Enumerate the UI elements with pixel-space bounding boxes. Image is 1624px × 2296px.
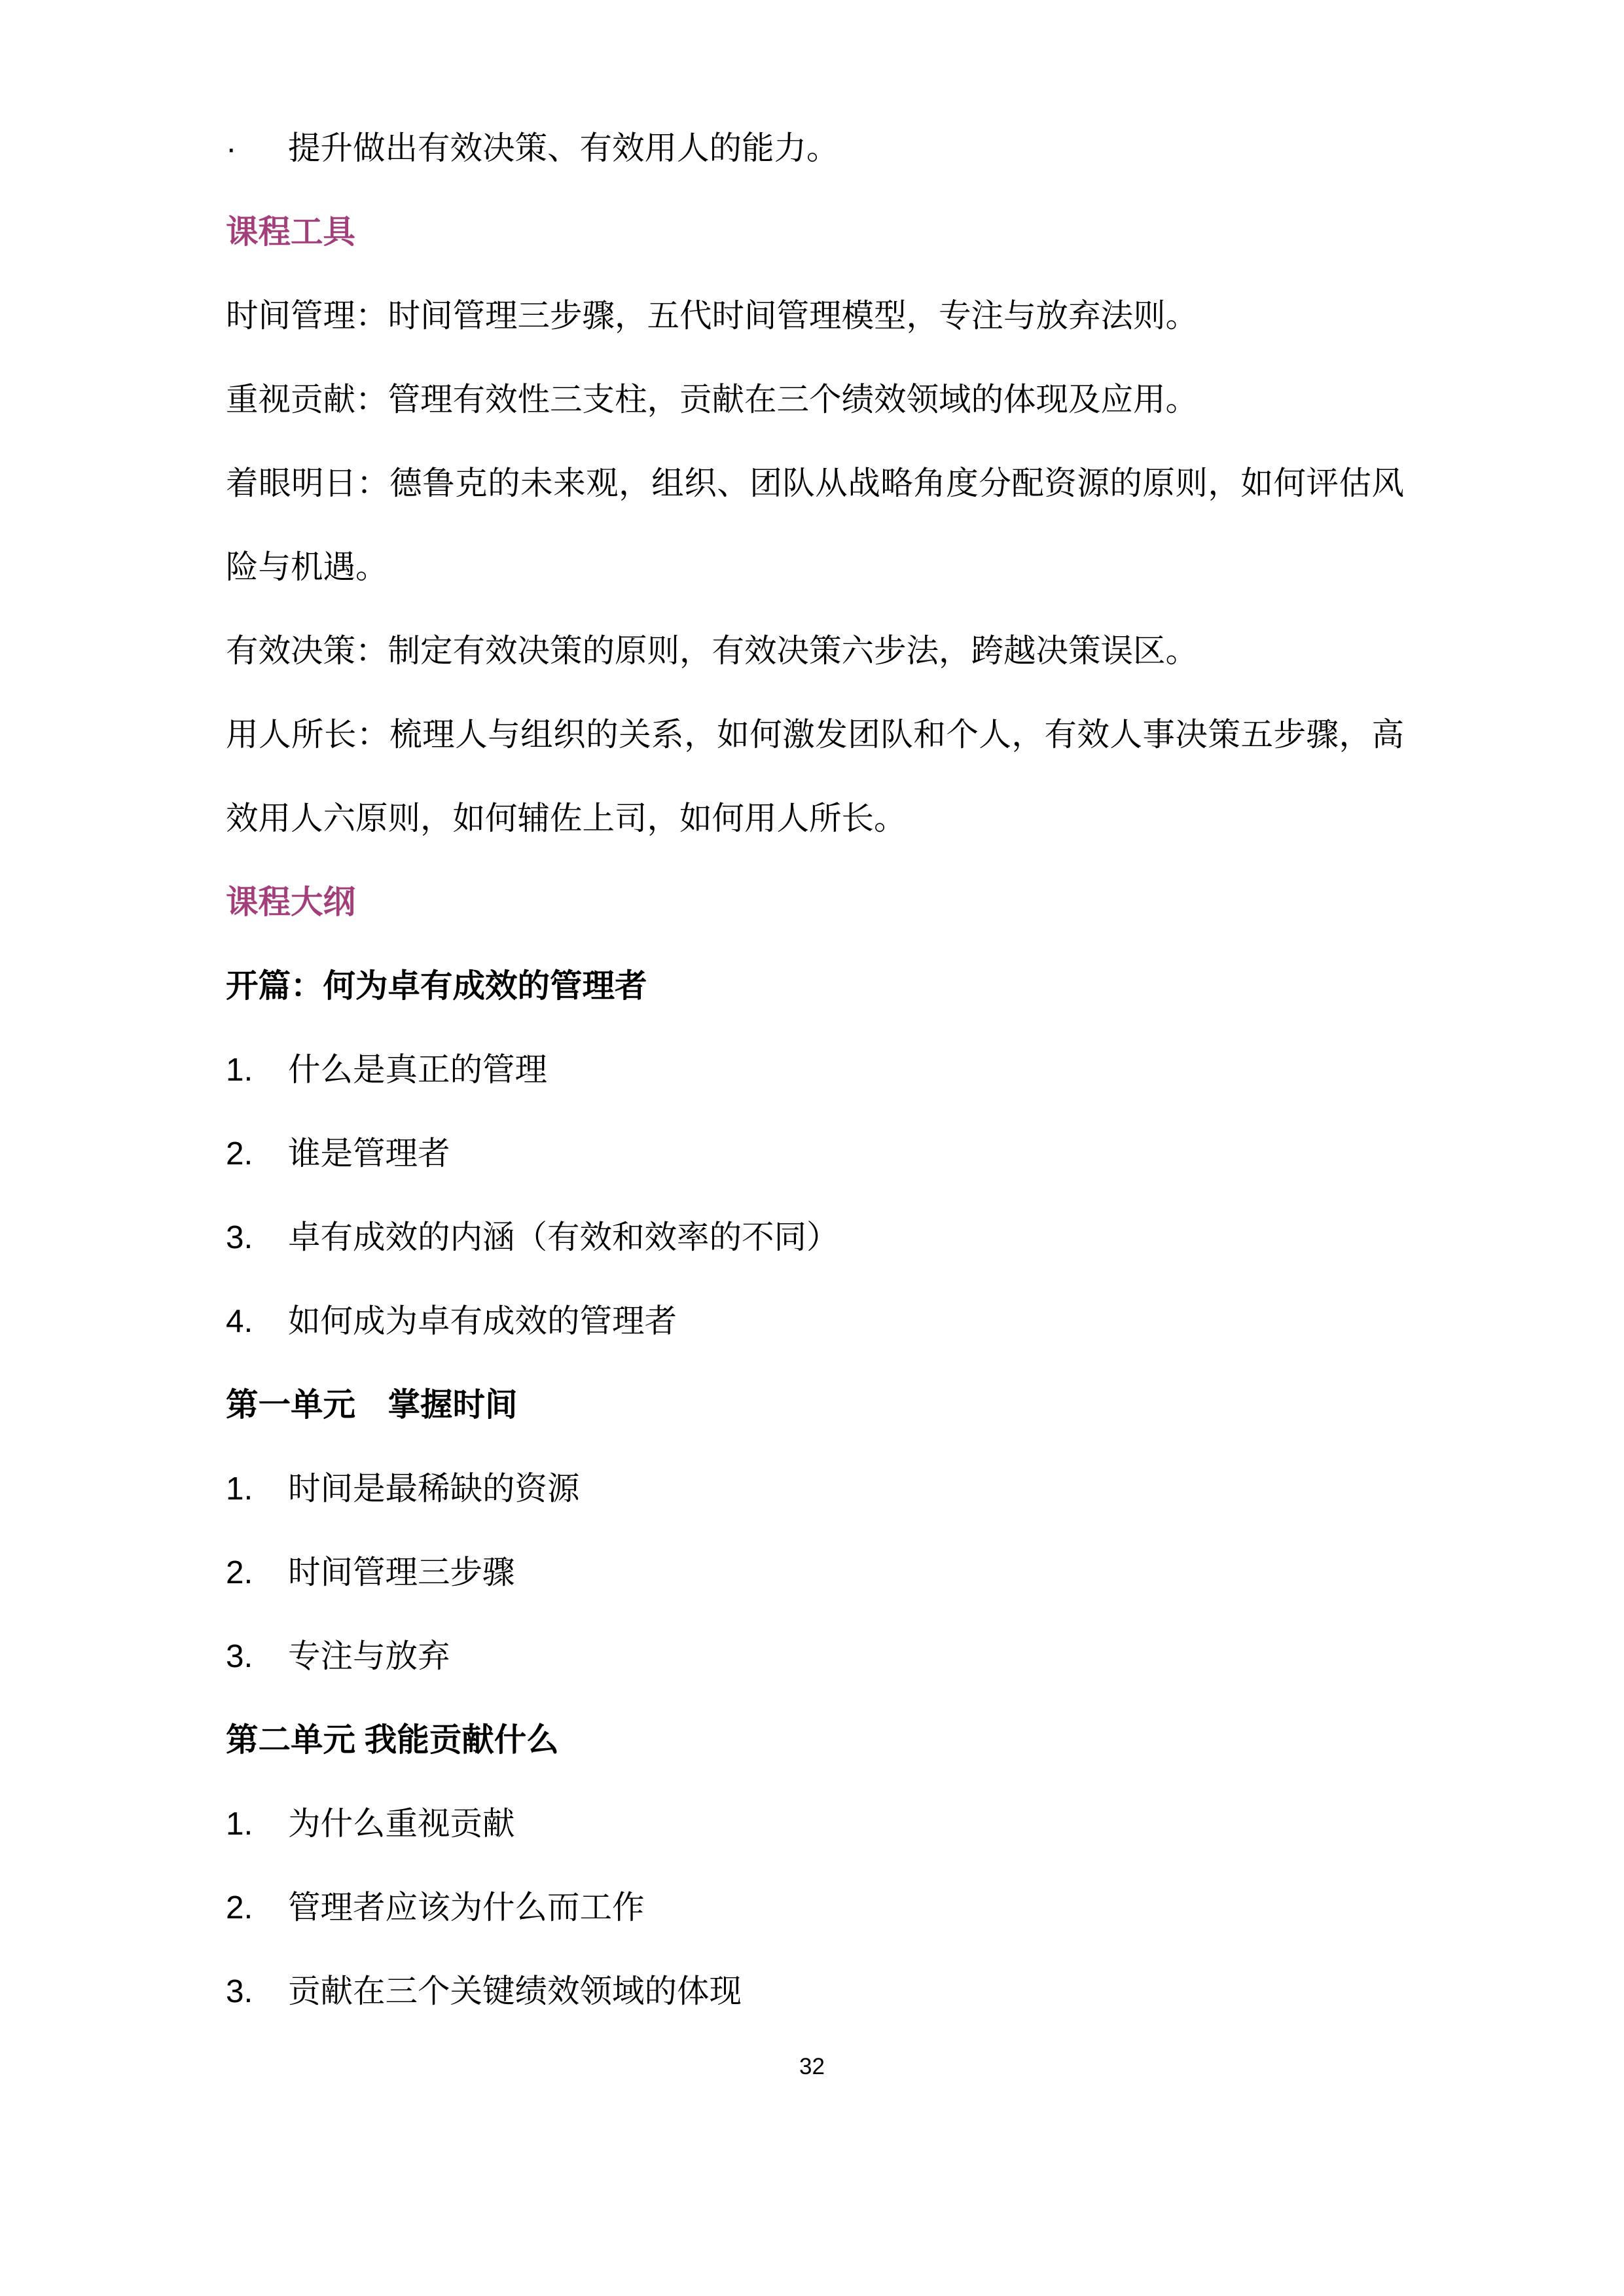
list-item: 1. 时间是最稀缺的资源 bbox=[226, 1447, 1404, 1531]
paragraph-value-contribution: 重视贡献：管理有效性三支柱，贡献在三个绩效领域的体现及应用。 bbox=[226, 358, 1404, 442]
list-item-text: 如何成为卓有成效的管理者 bbox=[288, 1280, 1404, 1363]
paragraph-time-management: 时间管理：时间管理三步骤，五代时间管理模型，专注与放弃法则。 bbox=[226, 274, 1404, 358]
list-item-text: 为什么重视贡献 bbox=[288, 1782, 1404, 1866]
bullet-item-text: 提升做出有效决策、有效用人的能力。 bbox=[288, 107, 1404, 190]
document-page: · 提升做出有效决策、有效用人的能力。 课程工具 时间管理：时间管理三步骤，五代… bbox=[0, 0, 1624, 2296]
bullet-icon: · bbox=[226, 107, 288, 190]
list-item: 2. 时间管理三步骤 bbox=[226, 1531, 1404, 1615]
list-item-text: 时间管理三步骤 bbox=[288, 1531, 1404, 1615]
list-item-text: 卓有成效的内涵（有效和效率的不同） bbox=[288, 1196, 1404, 1280]
list-item: 3. 专注与放弃 bbox=[226, 1615, 1404, 1698]
outline-heading-opening: 开篇：何为卓有成效的管理者 bbox=[226, 944, 1404, 1028]
list-item: 2. 管理者应该为什么而工作 bbox=[226, 1866, 1404, 1950]
list-number: 2. bbox=[226, 1112, 288, 1196]
list-item-text: 管理者应该为什么而工作 bbox=[288, 1866, 1404, 1950]
list-item-text: 什么是真正的管理 bbox=[288, 1028, 1404, 1112]
bullet-item: · 提升做出有效决策、有效用人的能力。 bbox=[226, 107, 1404, 190]
list-number: 3. bbox=[226, 1615, 288, 1698]
list-item-text: 谁是管理者 bbox=[288, 1112, 1404, 1196]
section-heading-course-outline: 课程大纲 bbox=[226, 861, 1404, 944]
list-item: 1. 什么是真正的管理 bbox=[226, 1028, 1404, 1112]
section-heading-course-tools: 课程工具 bbox=[226, 190, 1404, 274]
list-item: 1. 为什么重视贡献 bbox=[226, 1782, 1404, 1866]
list-number: 2. bbox=[226, 1866, 288, 1950]
list-item: 3. 贡献在三个关键绩效领域的体现 bbox=[226, 1950, 1404, 2034]
list-item-text: 专注与放弃 bbox=[288, 1615, 1404, 1698]
page-number: 32 bbox=[0, 2054, 1624, 2080]
list-number: 3. bbox=[226, 1950, 288, 2034]
paragraph-effective-decision: 有效决策：制定有效决策的原则，有效决策六步法，跨越决策误区。 bbox=[226, 609, 1404, 693]
paragraph-staffing-strengths: 用人所长：梳理人与组织的关系，如何激发团队和个人，有效人事决策五步骤，高效用人六… bbox=[226, 693, 1404, 861]
list-number: 3. bbox=[226, 1196, 288, 1280]
list-item: 2. 谁是管理者 bbox=[226, 1112, 1404, 1196]
list-number: 1. bbox=[226, 1447, 288, 1531]
paragraph-focus-on-tomorrow: 着眼明日：德鲁克的未来观，组织、团队从战略角度分配资源的原则，如何评估风险与机遇… bbox=[226, 442, 1404, 609]
list-number: 1. bbox=[226, 1028, 288, 1112]
outline-heading-unit-1: 第一单元 掌握时间 bbox=[226, 1363, 1404, 1447]
list-item-text: 时间是最稀缺的资源 bbox=[288, 1447, 1404, 1531]
list-number: 1. bbox=[226, 1782, 288, 1866]
list-item-text: 贡献在三个关键绩效领域的体现 bbox=[288, 1950, 1404, 2034]
list-number: 4. bbox=[226, 1280, 288, 1363]
outline-heading-unit-2: 第二单元 我能贡献什么 bbox=[226, 1698, 1404, 1782]
list-number: 2. bbox=[226, 1531, 288, 1615]
document-body: · 提升做出有效决策、有效用人的能力。 课程工具 时间管理：时间管理三步骤，五代… bbox=[226, 107, 1404, 2034]
list-item: 3. 卓有成效的内涵（有效和效率的不同） bbox=[226, 1196, 1404, 1280]
list-item: 4. 如何成为卓有成效的管理者 bbox=[226, 1280, 1404, 1363]
